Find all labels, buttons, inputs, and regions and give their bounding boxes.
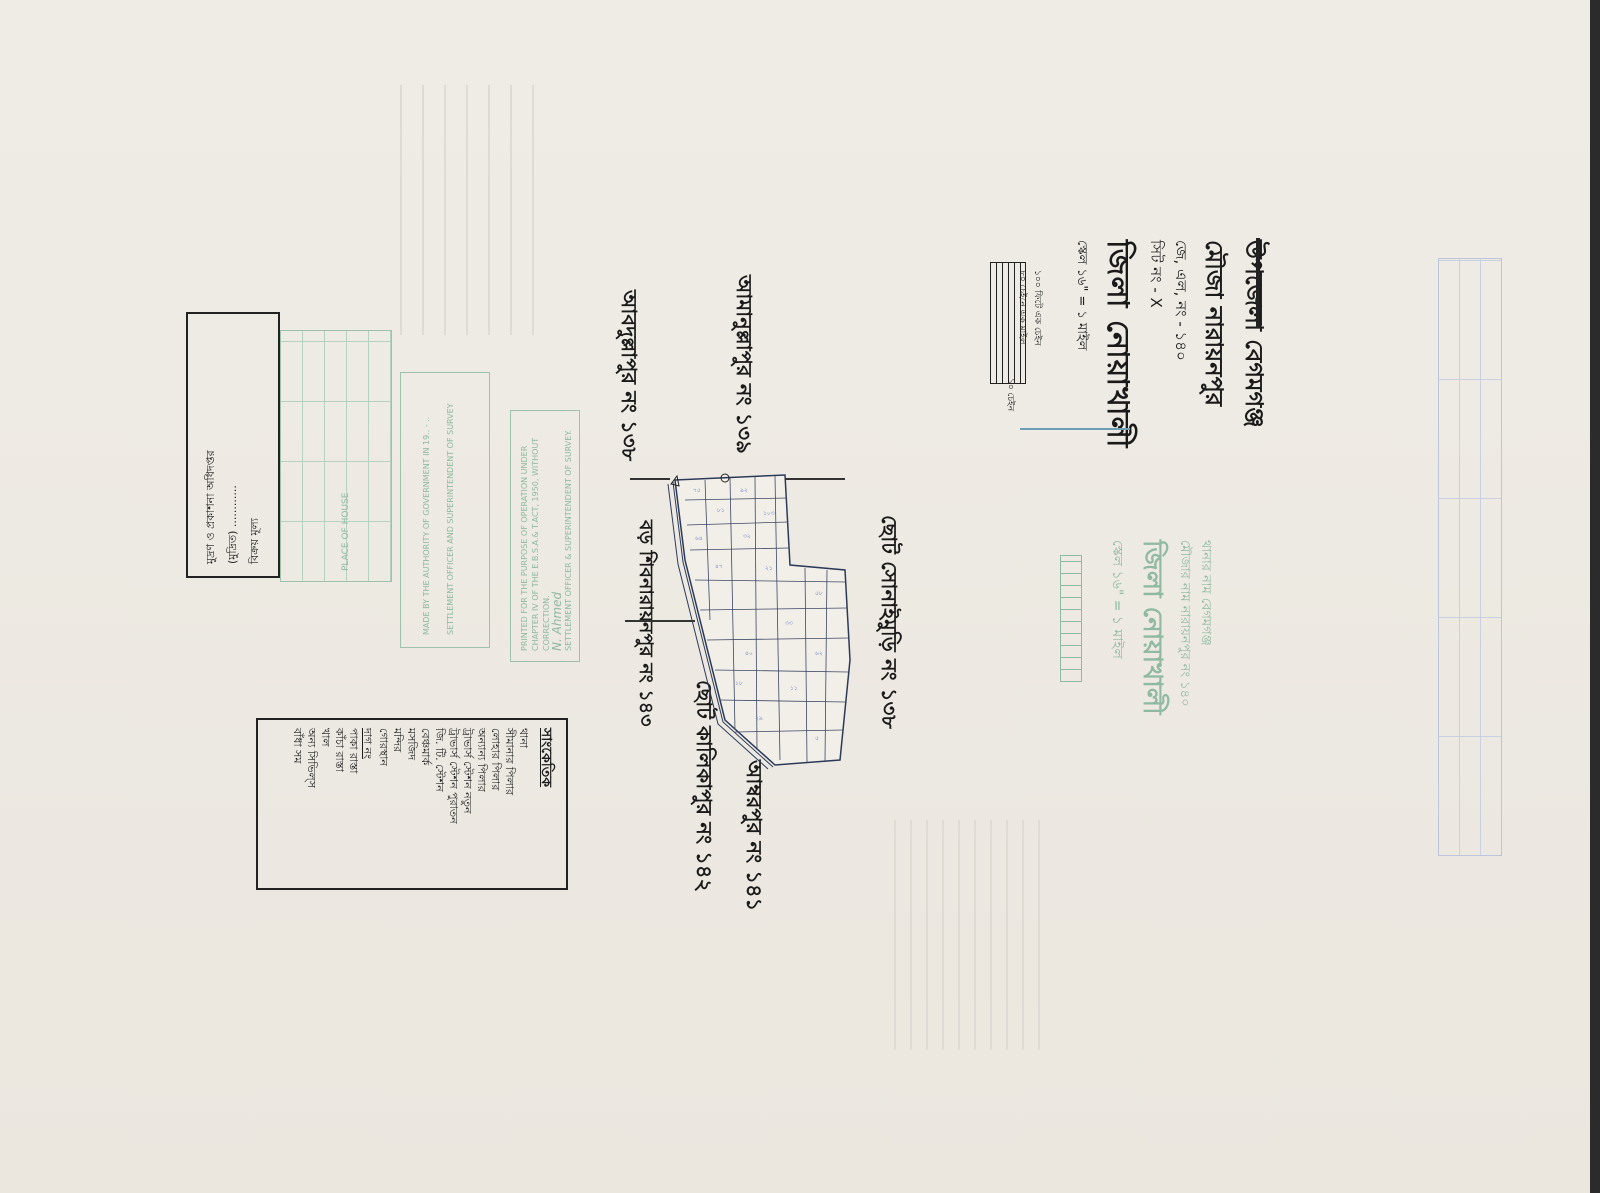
green-scale-bar (1060, 555, 1082, 682)
print-line-1: মুদ্রণ ও প্রকাশনা অধিদপ্তর (200, 450, 222, 564)
svg-text:৩৩: ৩৩ (785, 620, 793, 627)
scale-bar (990, 262, 1026, 384)
legend-content: সাংকেতিক থানা সীমানার পিলার লোহার পিলার … (290, 728, 558, 824)
legend-line: পাকা রাস্তা (346, 728, 360, 824)
legend-line: অন্য সিভিল্স (304, 728, 318, 824)
svg-text:৬৪: ৬৪ (695, 535, 703, 542)
authority-stamp: MADE BY THE AUTHORITY OF GOVERNMENT IN 1… (400, 372, 490, 648)
print-stamp: PRINTED FOR THE PURPOSE OF OPERATION UND… (510, 410, 580, 662)
legend-item: থানা (516, 728, 530, 824)
stamp-text: MADE BY THE AUTHORITY OF GOVERNMENT IN 1… (415, 403, 439, 635)
boundary-line-north (785, 478, 845, 480)
svg-text:৪৭: ৪৭ (715, 563, 723, 570)
svg-text:১১: ১১ (790, 685, 798, 692)
mouza-label-north: ছোট সোনাইমুড়ি নং ১৩৮ (870, 515, 905, 729)
svg-text:১৮: ১৮ (735, 680, 743, 687)
stamp-footer: SETTLEMENT OFFICER AND SUPERINTENDENT OF… (439, 403, 463, 635)
district-title: জিলা নোয়াখালী (1091, 240, 1142, 448)
legend-item: অন্যান্য পিলার (474, 728, 488, 824)
upazila-title: উপজেলা বেগমগঞ্জ (1232, 240, 1272, 448)
svg-text:২৯: ২৯ (755, 715, 763, 722)
green-stamp-title: থানার নাম বেগমগঞ্জ মৌজার নাম নারায়নপুর … (1105, 540, 1215, 715)
correction-table (1438, 258, 1502, 856)
mouza-label-west: আবদুল্লাপুর নং ১৩৮ (610, 290, 645, 461)
scale-bar-label: ১০ চেইন (1003, 378, 1018, 411)
print-line-3: বিক্রয় মূল্য (244, 450, 266, 564)
scale-note-1: ১০০ ফিটে এক চেইন (1030, 270, 1045, 346)
parcel-boundaries: ৭৫৮১৯২১০৩ ৬৪৩২৪৭২১ ৫৮৩৩৪০৬২ ১৮১১২৯৫ (665, 470, 865, 770)
scan-edge (1590, 0, 1600, 1193)
stamp-signature: N. Ahmed (552, 421, 563, 651)
mouza-label-west-upper: আমানুল্লাপুর নং ১৩৯ (725, 275, 760, 454)
svg-text:৭৫: ৭৫ (693, 487, 701, 494)
legend-item: গোরস্থান (376, 728, 390, 824)
title-block: উপজেলা বেগমগঞ্জ মৌজা নারায়নপুর জে, এল, … (1070, 240, 1272, 448)
legend-line: বাঁধা সম (290, 728, 304, 824)
map-sheet: উপজেলা বেগমগঞ্জ মৌজা নারায়নপুর জে, এল, … (0, 0, 1590, 1193)
mouza-label-south-west: বড় শিবনারায়নপুর নং ১৪৩ (628, 520, 660, 726)
legend-item: ট্রাভার্স স্টেশন নতুন (460, 728, 474, 824)
authority-stamp-text: MADE BY THE AUTHORITY OF GOVERNMENT IN 1… (415, 403, 463, 635)
pencil-notes-lower (880, 820, 1040, 1050)
green-district: জিলা নোয়াখালী (1129, 540, 1173, 715)
stamp-footer: SETTLEMENT OFFICER & SUPERINTENDENT OF S… (563, 421, 574, 651)
legend-item: ট্রাভার্স স্টেশন পুরাতন (446, 728, 460, 824)
legend-line: খাল (318, 728, 332, 824)
legend-item: সীমানার পিলার (502, 728, 516, 824)
scale-text: স্কেল ১৬" = ১ মাইল (1070, 240, 1091, 448)
svg-text:৯২: ৯২ (740, 487, 748, 494)
pencil-notes (380, 85, 540, 335)
legend-box: সাংকেতিক থানা সীমানার পিলার লোহার পিলার … (256, 718, 568, 890)
north-arrow (1020, 420, 1130, 430)
legend-item: জি. টি. স্টেশন (432, 728, 446, 824)
green-mouza: মৌজার নাম নারায়নপুর নং ১৪০ (1173, 540, 1194, 715)
green-thana: থানার নাম বেগমগঞ্জ (1194, 540, 1215, 715)
print-info: মুদ্রণ ও প্রকাশনা অধিদপ্তর (মুদ্রিত) ...… (200, 450, 266, 564)
house-table-grid (281, 331, 391, 581)
title-bracket (1256, 238, 1260, 328)
legend-heading: সাংকেতিক (534, 728, 558, 824)
legend-item: লোহার পিলার (488, 728, 502, 824)
svg-text:৩২: ৩২ (743, 533, 751, 540)
sheet-number: সিট নং - X (1142, 240, 1167, 448)
boundary-line-west (630, 478, 670, 480)
svg-text:৪০: ৪০ (745, 650, 753, 657)
svg-text:১০৩: ১০৩ (763, 510, 775, 517)
mouza-label-south-east: আম্বরপুর নং ১৪১ (735, 760, 770, 911)
plot-heading: দাগ নং (360, 728, 374, 824)
svg-text:৫৮: ৫৮ (815, 590, 823, 597)
svg-text:২১: ২১ (765, 565, 773, 572)
svg-text:৬২: ৬২ (815, 650, 823, 657)
boundary-line-sw (625, 620, 695, 622)
print-info-box: মুদ্রণ ও প্রকাশনা অধিদপ্তর (মুদ্রিত) ...… (186, 312, 280, 578)
legend-item: বেঞ্চমার্ক (418, 728, 432, 824)
mouza-title: মৌজা নারায়নপুর (1192, 240, 1232, 448)
svg-text:৮১: ৮১ (717, 507, 725, 514)
print-stamp-text: PRINTED FOR THE PURPOSE OF OPERATION UND… (519, 421, 574, 651)
parcel-map[interactable]: ৭৫৮১৯২১০৩ ৬৪৩২৪৭২১ ৫৮৩৩৪০৬২ ১৮১১২৯৫ (665, 470, 865, 770)
legend-item: মন্দির (390, 728, 404, 824)
green-scale: স্কেল ১৬" = ১ মাইল (1105, 540, 1129, 715)
house-table-stamp: PLACE OF HOUSE (280, 330, 392, 582)
house-table-heading: PLACE OF HOUSE (341, 493, 351, 571)
stamp-text: PRINTED FOR THE PURPOSE OF OPERATION UND… (519, 421, 552, 651)
print-line-2: (মুদ্রিত) ............ (222, 450, 244, 564)
legend-item: মসজিদ (404, 728, 418, 824)
legend-line: কাঁচা রাস্তা (332, 728, 346, 824)
svg-text:৫: ৫ (815, 735, 819, 742)
jl-number: জে, এল, নং - ১৪০ (1167, 240, 1192, 448)
